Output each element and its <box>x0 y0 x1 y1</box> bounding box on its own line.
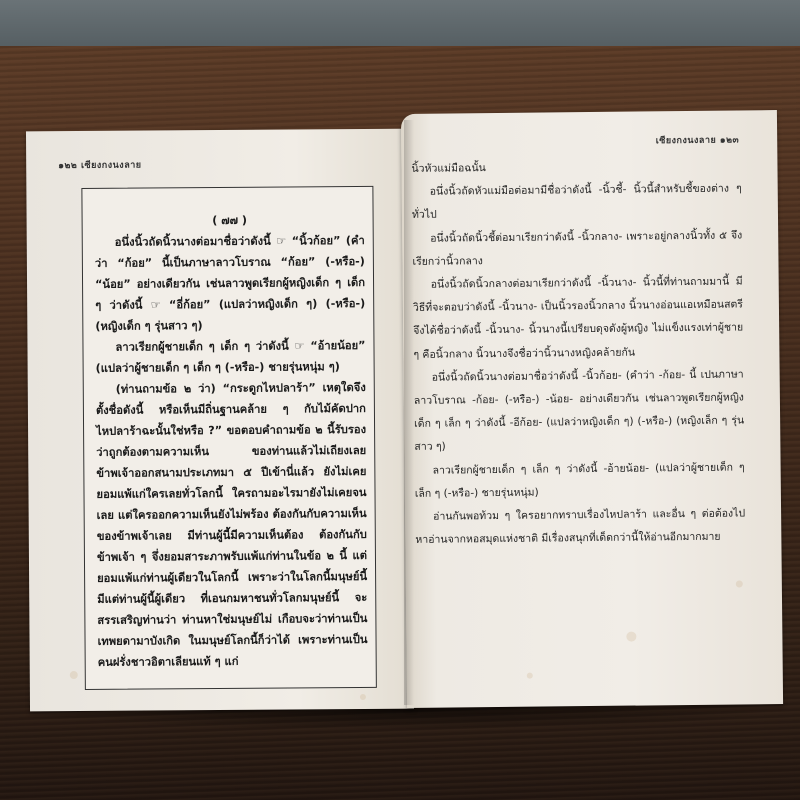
text-paragraph: อนึ่งนิ้วถัดนิ้วชี้ต่อมาเรียกว่าดังนี้ -… <box>412 224 742 274</box>
section-number: ( ๗๗ ) <box>95 209 365 232</box>
text-paragraph: อนึ่งนิ้วถัดนิ้วนางต่อมาชื่อว่าดังนี้ -น… <box>414 363 745 459</box>
left-running-head: ๑๒๒ เซียงกงนงลาย <box>58 158 141 173</box>
background-wall <box>0 0 800 46</box>
paper-stain <box>70 671 78 679</box>
box-text: ( ๗๗ ) อนึ่งนิ้วถัดนิ้วนางต่อมาชื่อว่าดั… <box>95 209 368 673</box>
framed-text-box: ( ๗๗ ) อนึ่งนิ้วถัดนิ้วนางต่อมาชื่อว่าดั… <box>81 186 376 690</box>
paper-stain <box>626 632 636 642</box>
right-page: เซียงกงนงลาย ๑๒๓ นิ้วหัวแม่มือฉนั้น อนึ่… <box>401 110 783 708</box>
book-gutter <box>404 120 414 705</box>
text-paragraph: นิ้วหัวแม่มือฉนั้น <box>411 154 741 181</box>
text-paragraph: อนึ่งนิ้วถัดนิ้วกลางต่อมาเรียกว่าดังนี้ … <box>413 270 744 366</box>
text-paragraph: อนึ่งนิ้วถัดหัวแม่มือต่อมามีชื่อว่าดังนี… <box>412 178 742 228</box>
text-paragraph: อ่านกันพอท้วม ๆ ใครอยากทราบเรื่องไหปลาร้… <box>415 502 745 552</box>
paper-stain <box>736 580 743 587</box>
left-page: ๑๒๒ เซียงกงนงลาย ( ๗๗ ) อนึ่งนิ้วถัดนิ้ว… <box>26 129 414 712</box>
right-running-head: เซียงกงนงลาย ๑๒๓ <box>656 132 740 147</box>
text-paragraph: ลาวเรียกผู้ชายเด็ก ๆ เล็ก ๆ ว่าดังนี้ -อ… <box>415 456 745 506</box>
paper-stain <box>360 694 366 700</box>
right-page-text: นิ้วหัวแม่มือฉนั้น อนึ่งนิ้วถัดหัวแม่มือ… <box>411 154 745 552</box>
box-paragraph: ลาวเรียกผู้ชายเด็ก ๆ เด็ก ๆ ว่าดังนี้ ☞ … <box>95 335 365 379</box>
box-paragraph: อนึ่งนิ้วถัดนิ้วนางต่อมาชื่อว่าดังนี้ ☞ … <box>95 230 366 337</box>
box-paragraph: (ท่านถามข้อ ๒ ว่า) “กระดูกไหปลาร้า” เหตุ… <box>96 377 368 673</box>
paper-stain <box>527 673 533 679</box>
